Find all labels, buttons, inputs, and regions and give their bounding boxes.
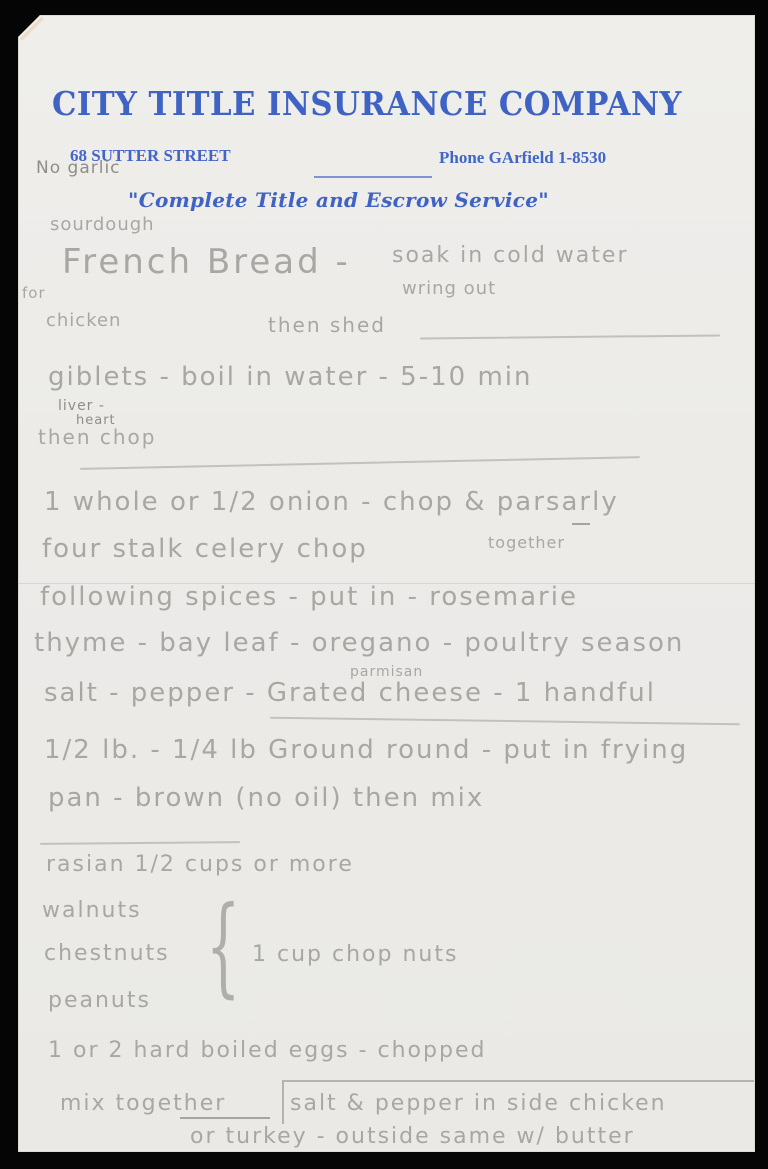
- spices-line: following spices - put in - rosemarie: [40, 582, 578, 612]
- herbs-line: thyme - bay leaf - oregano - poultry sea…: [34, 628, 684, 658]
- boxed-seasoning-note: salt & pepper in side chicken: [290, 1091, 667, 1116]
- outside-line: or turkey - outside same w/ butter: [190, 1124, 635, 1149]
- note-no-garlic: No garlic: [36, 158, 121, 178]
- meat-line: 1/2 lb. - 1/4 lb Ground round - put in f…: [44, 735, 688, 765]
- nuts-bracket-note: 1 cup chop nuts: [252, 942, 458, 967]
- walnuts-line: walnuts: [42, 898, 142, 923]
- celery-line: four stalk celery chop: [42, 534, 368, 564]
- letterhead-rule: [314, 176, 432, 178]
- bread-then-shed: then shed: [268, 313, 386, 337]
- note-sourdough: sourdough: [50, 214, 155, 235]
- chestnuts-line: chestnuts: [44, 941, 170, 966]
- bread-sub: wring out: [402, 278, 496, 299]
- note-for: for: [22, 284, 46, 302]
- company-slogan: "Complete Title and Escrow Service": [128, 188, 549, 212]
- cheese-line: salt - pepper - Grated cheese - 1 handfu…: [44, 678, 656, 708]
- company-phone: Phone GArfield 1-8530: [439, 148, 606, 168]
- giblets-insert-liver: liver -: [58, 398, 105, 414]
- underline-mark: [572, 523, 590, 525]
- celery-insert: together: [488, 533, 565, 552]
- bread-detail: soak in cold water: [392, 243, 629, 268]
- onion-line: 1 whole or 1/2 onion - chop & parsarly: [44, 487, 619, 517]
- mix-line: mix together: [60, 1091, 226, 1116]
- eggs-line: 1 or 2 hard boiled eggs - chopped: [48, 1038, 486, 1063]
- bread-heading: French Bread -: [62, 242, 351, 282]
- company-name: CITY TITLE INSURANCE COMPANY: [52, 84, 657, 123]
- giblets-line: giblets - boil in water - 5-10 min: [48, 362, 532, 392]
- raisins-line: rasian 1/2 cups or more: [46, 852, 354, 877]
- pan-line: pan - brown (no oil) then mix: [48, 783, 484, 813]
- note-chicken: chicken: [46, 310, 121, 331]
- peanuts-line: peanuts: [48, 988, 151, 1013]
- brace-bracket: {: [206, 893, 240, 1001]
- giblets-then-chop: then chop: [38, 425, 156, 449]
- together-underline: [180, 1117, 270, 1119]
